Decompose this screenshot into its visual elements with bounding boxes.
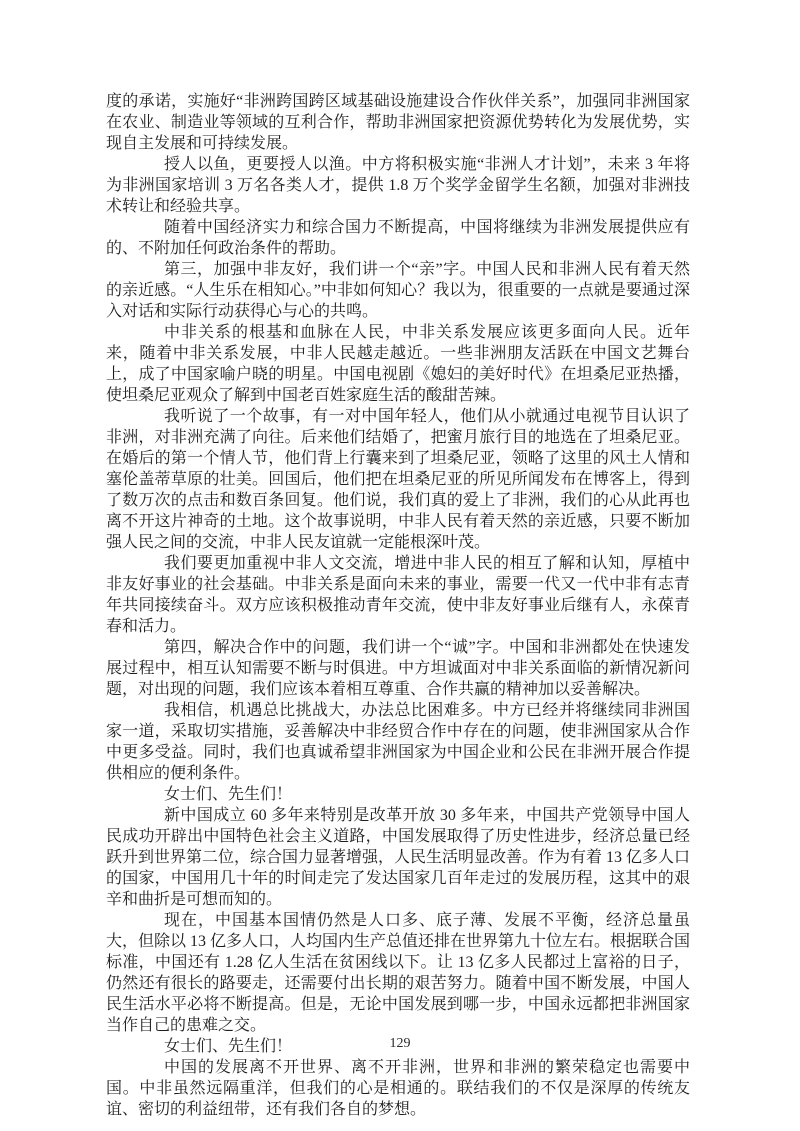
paragraph: 第三，加强中非友好，我们讲一个“亲”字。中国人民和非洲人民有着天然的亲近感。“人… xyxy=(106,259,690,322)
paragraph: 中非关系的根基和血脉在人民，中非关系发展应该更多面向人民。近年来，随着中非关系发… xyxy=(106,322,690,406)
paragraph: 现在，中国基本国情仍然是人口多、底子薄、发展不平衡，经济总量虽大，但除以 13 … xyxy=(106,910,690,1036)
document-text: 度的承诺，实施好“非洲跨国跨区域基础设施建设合作伙伴关系”，加强同非洲国家在农业… xyxy=(106,91,690,1120)
document-page: 度的承诺，实施好“非洲跨国跨区域基础设施建设合作伙伴关系”，加强同非洲国家在农业… xyxy=(0,0,800,1131)
paragraph: 中国的发展离不开世界、离不开非洲，世界和非洲的繁荣稳定也需要中国。中非虽然远隔重… xyxy=(106,1057,690,1120)
paragraph: 我听说了一个故事，有一对中国年轻人，他们从小就通过电视节目认识了非洲，对非洲充满… xyxy=(106,406,690,553)
paragraph: 女士们、先生们！ xyxy=(106,784,690,805)
paragraph: 新中国成立 60 多年来特别是改革开放 30 多年来，中国共产党领导中国人民成功… xyxy=(106,805,690,910)
paragraph: 度的承诺，实施好“非洲跨国跨区域基础设施建设合作伙伴关系”，加强同非洲国家在农业… xyxy=(106,91,690,154)
paragraph: 第四，解决合作中的问题，我们讲一个“诚”字。中国和非洲都处在快速发展过程中，相互… xyxy=(106,637,690,700)
paragraph: 授人以鱼，更要授人以渔。中方将积极实施“非洲人才计划”，未来 3 年将为非洲国家… xyxy=(106,154,690,217)
paragraph: 我相信，机遇总比挑战大，办法总比困难多。中方已经并将继续同非洲国家一道，采取切实… xyxy=(106,700,690,784)
page-number: 129 xyxy=(0,1035,800,1053)
paragraph: 我们要更加重视中非人文交流，增进中非人民的相互了解和认知，厚植中非友好事业的社会… xyxy=(106,553,690,637)
paragraph: 随着中国经济实力和综合国力不断提高，中国将继续为非洲发展提供应有的、不附加任何政… xyxy=(106,217,690,259)
